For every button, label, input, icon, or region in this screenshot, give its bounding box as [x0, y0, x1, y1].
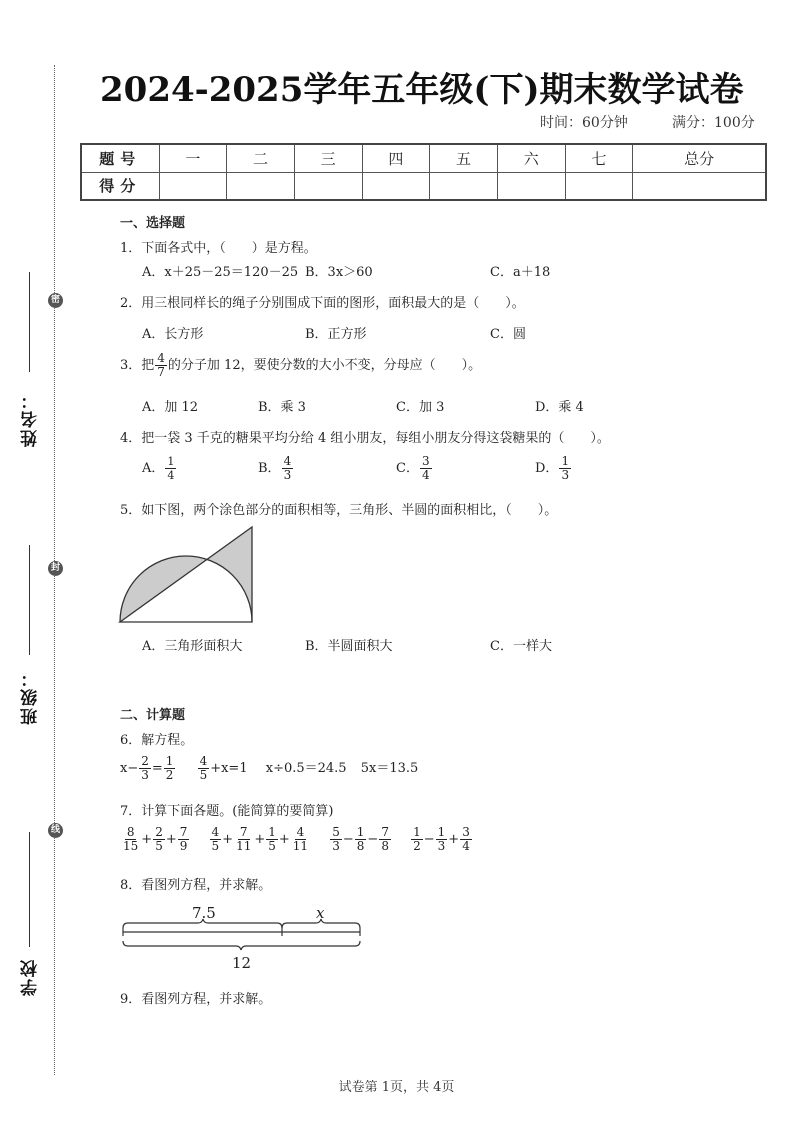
- question-1: 1．下面各式中，（ ）是方程。: [120, 237, 317, 256]
- q2-option-c[interactable]: C．圆: [490, 323, 526, 342]
- section-choice-title: 一、选择题: [120, 212, 185, 231]
- q3-option-a[interactable]: A．加 12: [142, 396, 198, 415]
- class-label: 班级：: [18, 668, 43, 725]
- q6-eq2: 45+x=1: [197, 761, 248, 776]
- question-6: 6．解方程。: [120, 729, 193, 748]
- name-blank-line: [29, 272, 30, 372]
- score-cell[interactable]: [497, 172, 565, 200]
- q1-option-b[interactable]: B．3x＞60: [305, 261, 373, 280]
- q7-expressions: 815+25+79 45+711+15+411 53−18−78 12−13+3…: [120, 826, 473, 853]
- score-header-cell: 五: [430, 144, 498, 172]
- score-header-cell: 六: [497, 144, 565, 172]
- q2-option-a[interactable]: A．长方形: [142, 323, 203, 342]
- seal-xian-icon: 线: [48, 823, 63, 838]
- exam-title: 2024-2025学年五年级(下)期末数学试卷: [100, 62, 750, 111]
- question-5: 5．如下图，两个涂色部分的面积相等，三角形、半圆的面积相比，（ ）。: [120, 499, 557, 518]
- exam-time: 时间：60分钟: [540, 112, 628, 132]
- q6-eq4: 5x＝13.5: [361, 761, 419, 776]
- q4-option-d[interactable]: D．13: [535, 455, 572, 482]
- q6-equations: x−23=12 45+x=1 x÷0.5＝24.5 5x＝13.5: [120, 755, 418, 782]
- score-cell[interactable]: [294, 172, 362, 200]
- seal-mi-icon: 密: [48, 293, 63, 308]
- q3-option-d[interactable]: D．乘 4: [535, 396, 584, 415]
- q6-eq3: x÷0.5＝24.5: [266, 761, 347, 776]
- score-header-cell: 四: [362, 144, 430, 172]
- score-cell[interactable]: [362, 172, 430, 200]
- q5-option-a[interactable]: A．三角形面积大: [142, 635, 242, 654]
- name-label: 姓名：: [18, 390, 43, 447]
- section-calc-title: 二、计算题: [120, 704, 185, 723]
- score-table: 题号 一 二 三 四 五 六 七 总分 得分: [80, 143, 767, 201]
- q5-option-b[interactable]: B．半圆面积大: [305, 635, 393, 654]
- q5-option-c[interactable]: C．一样大: [490, 635, 552, 654]
- question-8: 8．看图列方程，并求解。: [120, 874, 271, 893]
- score-header-cell: 二: [227, 144, 295, 172]
- question-4: 4．把一袋 3 千克的糖果平均分给 4 组小朋友，每组小朋友分得这袋糖果的（ ）…: [120, 427, 610, 446]
- score-cell[interactable]: [565, 172, 633, 200]
- school-blank-line: [29, 832, 30, 947]
- q7-expr4: 12−13+34: [410, 832, 473, 847]
- score-header-cell: 七: [565, 144, 633, 172]
- q3-prefix: 3．把: [120, 358, 154, 373]
- class-blank-line: [29, 545, 30, 655]
- question-7: 7．计算下面各题。(能简算的要简算): [120, 800, 333, 819]
- score-row-label: 得分: [81, 172, 159, 200]
- exam-full-score: 满分：100分: [672, 112, 755, 132]
- q7-expr2: 45+711+15+411: [209, 832, 312, 847]
- score-header-cell: 三: [294, 144, 362, 172]
- score-table-header-row: 题号 一 二 三 四 五 六 七 总分: [81, 144, 766, 172]
- q3-suffix: 的分子加 12，要使分数的大小不变，分母应（ ）。: [168, 358, 481, 373]
- q4-option-c[interactable]: C．34: [396, 455, 433, 482]
- seal-feng-icon: 封: [48, 561, 63, 576]
- q8-line-segment-diagram: [120, 918, 365, 958]
- score-table-score-row: 得分: [81, 172, 766, 200]
- q7-expr3: 53−18−78: [329, 832, 392, 847]
- q1-option-c[interactable]: C．a＋18: [490, 261, 550, 280]
- question-3: 3．把47的分子加 12，要使分数的大小不变，分母应（ ）。: [120, 352, 481, 379]
- score-cell[interactable]: [159, 172, 227, 200]
- q6-eq1: x−23=12: [120, 761, 176, 776]
- q8-label-total: 12: [232, 954, 251, 972]
- score-cell[interactable]: [430, 172, 498, 200]
- score-header-cell: 总分: [633, 144, 766, 172]
- score-header-cell: 题号: [81, 144, 159, 172]
- q3-option-c[interactable]: C．加 3: [396, 396, 444, 415]
- q3-fraction: 47: [155, 352, 167, 379]
- score-cell[interactable]: [227, 172, 295, 200]
- question-2: 2．用三根同样长的绳子分别围成下面的图形，面积最大的是（ ）。: [120, 292, 525, 311]
- q7-expr1: 815+25+79: [120, 832, 190, 847]
- score-cell[interactable]: [633, 172, 766, 200]
- q5-triangle-semicircle-figure: [118, 525, 258, 625]
- q4-option-a[interactable]: A．14: [142, 455, 177, 482]
- q1-option-a[interactable]: A．x＋25－25＝120－25: [142, 261, 298, 280]
- school-label: 学校: [18, 958, 43, 996]
- q2-option-b[interactable]: B．正方形: [305, 323, 367, 342]
- question-9: 9．看图列方程，并求解。: [120, 988, 271, 1007]
- q4-option-b[interactable]: B．43: [258, 455, 294, 482]
- q3-option-b[interactable]: B．乘 3: [258, 396, 306, 415]
- score-header-cell: 一: [159, 144, 227, 172]
- page-footer: 试卷第 1页，共 4页: [0, 1076, 793, 1095]
